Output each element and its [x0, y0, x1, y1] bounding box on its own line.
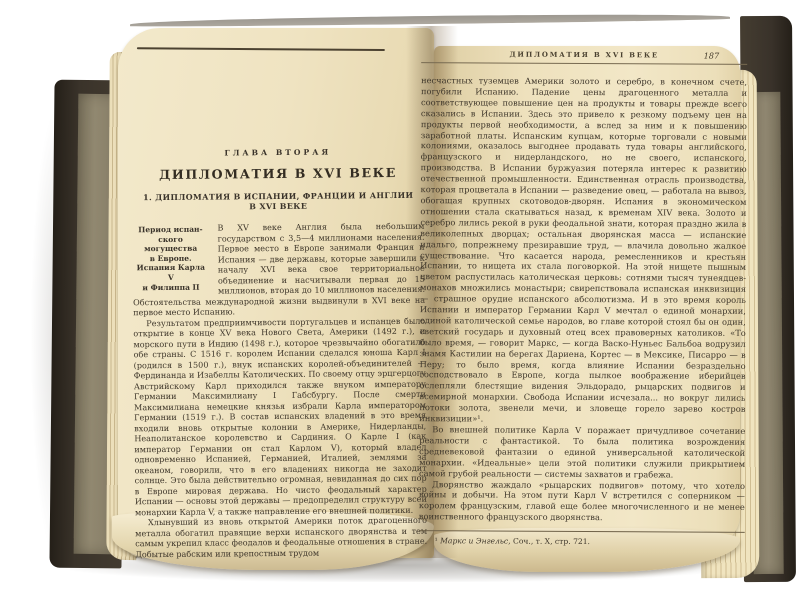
- left-paragraph: Результатом предприимчивости португальце…: [133, 315, 427, 517]
- left-page-text-block: ГЛАВА ВТОРАЯ ДИПЛОМАТИЯ В XVI ВЕКЕ 1. ДИ…: [131, 39, 427, 542]
- footnote-authors: Маркс и Энгельс: [440, 536, 508, 545]
- chapter-title: ДИПЛОМАТИЯ В XVI ВЕКЕ: [132, 165, 424, 183]
- right-paragraph: несчастных туземцев Америки золото и сер…: [419, 75, 747, 426]
- right-paragraph: Во внешней политике Карла V поражает при…: [419, 424, 745, 480]
- footnote-text: , Соч., т. X, стр. 721.: [508, 537, 590, 546]
- chapter-label: ГЛАВА ВТОРАЯ: [132, 147, 424, 159]
- margin-note: Период испан- ского могущества в Европе.…: [132, 225, 209, 293]
- left-page-top-rule: [137, 47, 385, 51]
- left-paragraph: Хлынувший из вновь открытой Америки пото…: [135, 515, 427, 560]
- left-page-body: Период испан- ского могущества в Европе.…: [132, 221, 427, 560]
- right-page-body: несчастных туземцев Америки золото и сер…: [419, 75, 747, 524]
- footnote: ¹ Маркс и Энгельс, Соч., т. X, стр. 721.: [419, 536, 745, 547]
- running-head-row: ДИПЛОМАТИЯ В XVI ВЕКЕ 187: [421, 49, 747, 65]
- page-number: 187: [704, 51, 720, 61]
- section-heading: 1. ДИПЛОМАТИЯ В ИСПАНИИ, ФРАНЦИИ И АНГЛИ…: [132, 191, 424, 214]
- right-page-text-block: ДИПЛОМАТИЯ В XVI ВЕКЕ 187 несчастных туз…: [419, 49, 748, 531]
- book-photo: ГЛАВА ВТОРАЯ ДИПЛОМАТИЯ В XVI ВЕКЕ 1. ДИ…: [0, 0, 800, 599]
- running-head: ДИПЛОМАТИЯ В XVI ВЕКЕ: [421, 50, 747, 60]
- right-paragraph: Дворянство жаждало «рыцарских подвигов» …: [419, 479, 745, 524]
